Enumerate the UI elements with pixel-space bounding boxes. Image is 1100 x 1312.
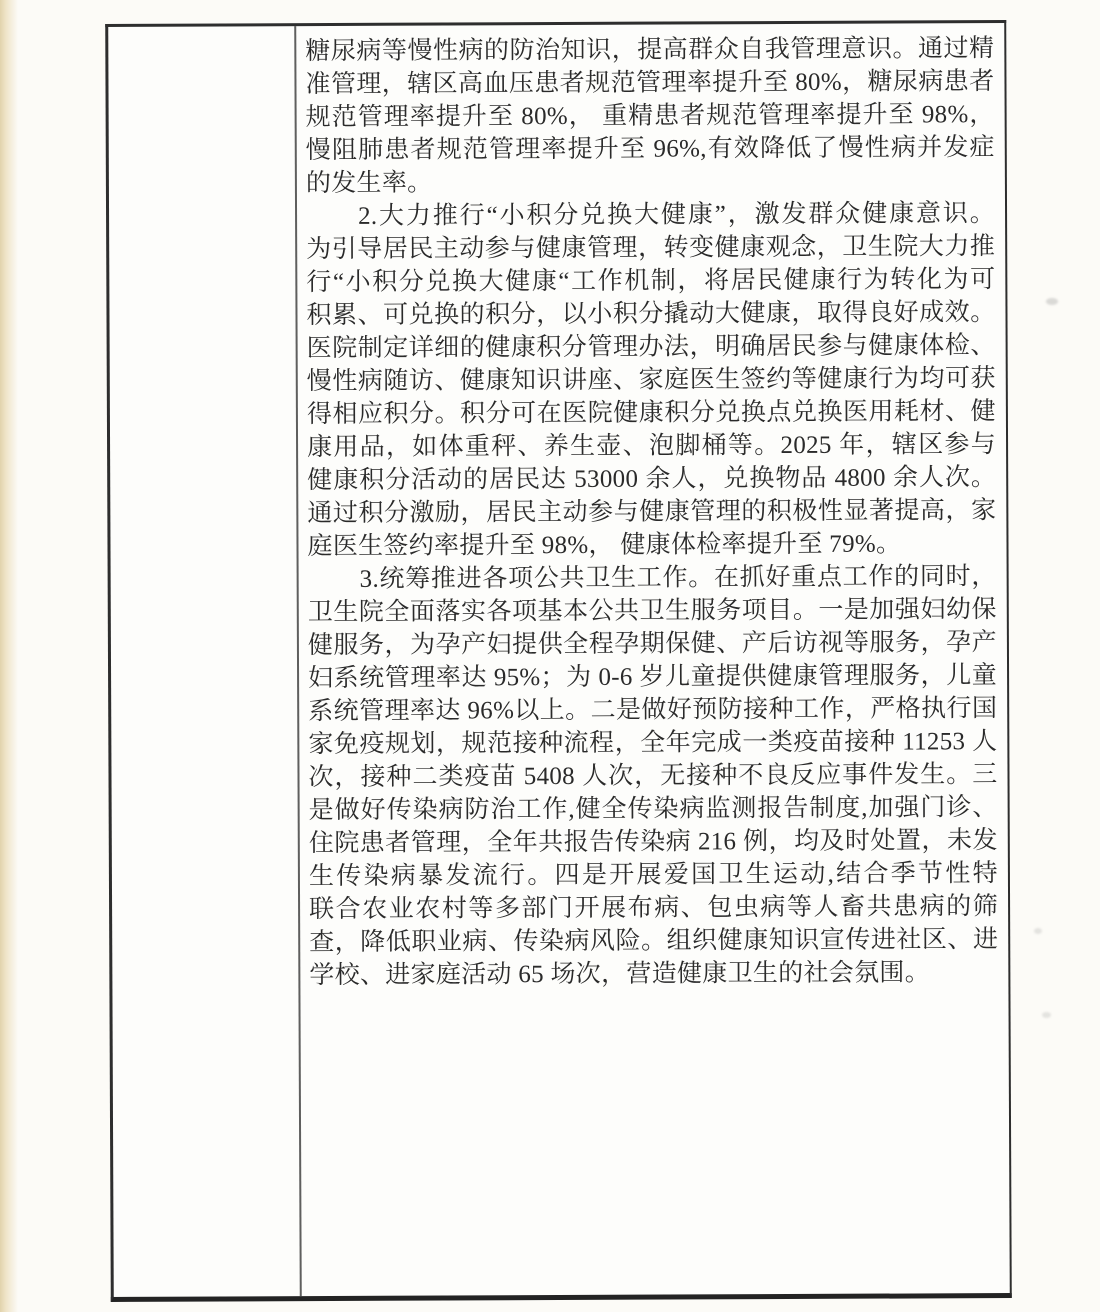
scan-smudge	[1046, 298, 1058, 305]
text-line: 妇系统管理率达 95%；为 0-6 岁儿童提供健康管理服务，儿童	[308, 659, 997, 695]
text-line: 系统管理率达 96%以上。二是做好预防接种工作，严格执行国	[308, 692, 997, 728]
text-line: 为引导居民主动参与健康管理，转变健康观念，卫生院大力推	[306, 230, 995, 266]
scan-smudge	[1042, 1012, 1051, 1018]
text-line: 慢性病随访、健康知识讲座、家庭医生签约等健康行为均可获	[307, 362, 996, 398]
table-left-cell	[108, 26, 302, 1297]
text-line: 学校、进家庭活动 65 场次，营造健康卫生的社会氛围。	[309, 956, 998, 992]
text-line: 通过积分激励，居民主动参与健康管理的积极性显著提高，家	[307, 494, 996, 530]
text-line: 是做好传染病防治工作,健全传染病监测报告制度,加强门诊、	[309, 791, 998, 827]
text-line: 糖尿病等慢性病的防治知识，提高群众自我管理意识。通过精	[305, 32, 994, 68]
text-line: 慢阻肺患者规范管理率提升至 96%,有效降低了慢性病并发症	[306, 131, 995, 167]
text-line: 行“小积分兑换大健康“工作机制，将居民健康行为转化为可	[306, 263, 995, 299]
text-line: 准管理，辖区高血压患者规范管理率提升至 80%，糖尿病患者	[305, 65, 994, 101]
text-line: 查，降低职业病、传染病风险。组织健康知识宣传进社区、进	[309, 923, 998, 959]
text-line: 生传染病暴发流行。四是开展爱国卫生运动,结合季节性特点，	[309, 857, 998, 893]
text-line: 3.统筹推进各项公共卫生工作。在抓好重点工作的同时，	[308, 560, 997, 596]
text-line: 家免疫规划，规范接种流程，全年完成一类疫苗接种 11253 人	[308, 725, 997, 761]
text-line: 康用品，如体重秤、养生壶、泡脚桶等。2025 年，辖区参与	[307, 428, 996, 464]
text-line: 住院患者管理，全年共报告传染病 216 例，均及时处置，未发	[309, 824, 998, 860]
table-content-cell: 糖尿病等慢性病的防治知识，提高群众自我管理意识。通过精 准管理，辖区高血压患者规…	[296, 23, 1010, 1296]
text-line: 联合农业农村等多部门开展布病、包虫病等人畜共患病的筛	[309, 890, 998, 926]
text-line: 次，接种二类疫苗 5408 人次，无接种不良反应事件发生。三	[308, 758, 997, 794]
text-line: 健康积分活动的居民达 53000 余人，兑换物品 4800 余人次。	[307, 461, 996, 497]
text-line: 积累、可兑换的积分，以小积分撬动大健康，取得良好成效。	[306, 296, 995, 332]
page-left-edge-tint	[0, 0, 18, 1312]
text-line: 2.大力推行“小积分兑换大健康”，激发群众健康意识。	[306, 197, 995, 233]
text-line: 庭医生签约率提升至 98%， 健康体检率提升至 79%。	[307, 527, 996, 563]
text-line: 得相应积分。积分可在医院健康积分兑换点兑换医用耗材、健	[307, 395, 996, 431]
text-line: 的发生率。	[306, 164, 995, 200]
text-line: 规范管理率提升至 80%， 重精患者规范管理率提升至 98%，	[306, 98, 995, 134]
report-table: 糖尿病等慢性病的防治知识，提高群众自我管理意识。通过精 准管理，辖区高血压患者规…	[105, 20, 1012, 1302]
text-line: 医院制定详细的健康积分管理办法，明确居民参与健康体检、	[307, 329, 996, 365]
scan-smudge	[1034, 928, 1042, 934]
text-line: 健服务，为孕产妇提供全程孕期保健、产后访视等服务，孕产	[308, 626, 997, 662]
text-line: 卫生院全面落实各项基本公共卫生服务项目。一是加强妇幼保	[308, 593, 997, 629]
